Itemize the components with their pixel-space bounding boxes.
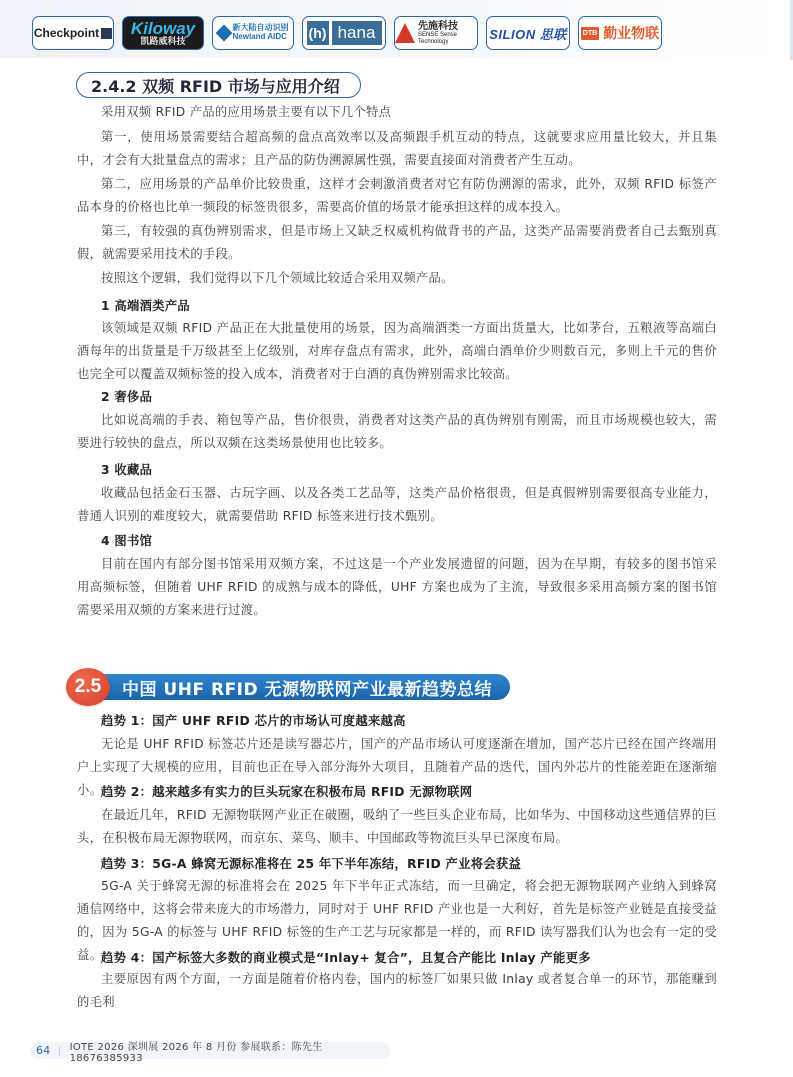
trend-heading: 趋势 4：国产标签大多数的商业模式是“Inlay+ 复合”，且复合产能比 Inl… (101, 948, 591, 966)
logo-silion: SILION 思联 (486, 16, 570, 50)
page-footer: 64 IOTE 2026 深圳展 2026 年 8 月份 参展联系：陈先生 18… (30, 1042, 390, 1059)
field-heading: 3 收藏品 (101, 460, 152, 478)
section-heading-2-4-2: 2.4.2 双频 RFID 市场与应用介绍 (76, 72, 361, 98)
point-paragraph: 第三，有较强的真伪辨别需求，但是市场上又缺乏权威机构做背书的产品，这类产品需要消… (77, 220, 717, 266)
field-body: 该领域是双频 RFID 产品正在大批量使用的场景，因为高端酒类一方面出货量大，比… (77, 317, 717, 386)
trend-heading: 趋势 2：越来越多有实力的巨头玩家在积极布局 RFID 无源物联网 (101, 782, 472, 800)
logo-kiloway: Kiloway 凯路威科技 (122, 16, 204, 50)
logic-paragraph: 按照这个逻辑，我们觉得以下几个领域比较适合采用双频产品。 (77, 267, 717, 290)
field-body: 目前在国内有部分图书馆采用双频方案，不过这是一个产业发展遗留的问题，因为在早期，… (77, 553, 717, 622)
intro-paragraph: 采用双频 RFID 产品的应用场景主要有以下几个特点 (77, 101, 717, 124)
page-number: 64 (36, 1044, 51, 1057)
logo-checkpoint: Checkpoint (32, 16, 114, 50)
field-heading: 4 图书馆 (101, 531, 152, 549)
footer-text: IOTE 2026 深圳展 2026 年 8 月份 参展联系：陈先生 18676… (70, 1038, 390, 1064)
checkpoint-mark-icon (101, 28, 112, 39)
field-body: 比如说高端的手表、箱包等产品，售价很贵，消费者对这类产品的真伪辨别有刚需，而且市… (77, 409, 717, 455)
footer-divider (59, 1046, 60, 1056)
trend-heading: 趋势 1：国产 UHF RFID 芯片的市场认可度越来越高 (101, 711, 406, 729)
field-heading: 1 高端酒类产品 (101, 296, 190, 314)
field-body: 收藏品包括金石玉器、古玩字画、以及各类工艺品等，这类产品价格很贵，但是真假辨别需… (77, 482, 717, 528)
logo-dtb: DTB 勤业物联 (578, 16, 662, 50)
point-paragraph: 第一，使用场景需要结合超高频的盘点高效率以及高频跟手机互动的特点，这就要求应用量… (77, 126, 717, 172)
field-heading: 2 奢侈品 (101, 387, 152, 405)
logo-hana: (h) hana (302, 16, 386, 50)
section-banner-2-5: 2.5 中国 UHF RFID 无源物联网产业最新趋势总结 (66, 671, 510, 703)
newland-diamond-icon (215, 25, 232, 42)
sponsor-logos: Checkpoint Kiloway 凯路威科技 新大陆自动识别Newland … (32, 16, 662, 52)
point-paragraph: 第二，应用场景的产品单价比较贵重，这样才会刺激消费者对它有防伪溯源的需求，此外，… (77, 173, 717, 219)
section-number-badge: 2.5 (66, 668, 110, 706)
sense-triangle-icon (395, 23, 415, 43)
trend-body: 在最近几年，RFID 无源物联网产业正在破圈，吸纳了一些巨头企业布局，比如华为、… (77, 804, 717, 850)
trend-body: 主要原因有两个方面，一方面是随着价格内卷，国内的标签厂如果只做 Inlay 或者… (77, 968, 717, 1014)
hana-mark-icon: (h) (307, 21, 329, 45)
section-title: 中国 UHF RFID 无源物联网产业最新趋势总结 (98, 674, 510, 700)
logo-newland: 新大陆自动识别Newland AIDC (212, 16, 294, 50)
logo-sense: 先施科技SENSE Sense Technology (394, 16, 478, 50)
trend-heading: 趋势 3：5G-A 蜂窝无源标准将在 25 年下半年冻结，RFID 产业将会获益 (101, 854, 521, 872)
dtb-mark-icon: DTB (581, 27, 599, 40)
